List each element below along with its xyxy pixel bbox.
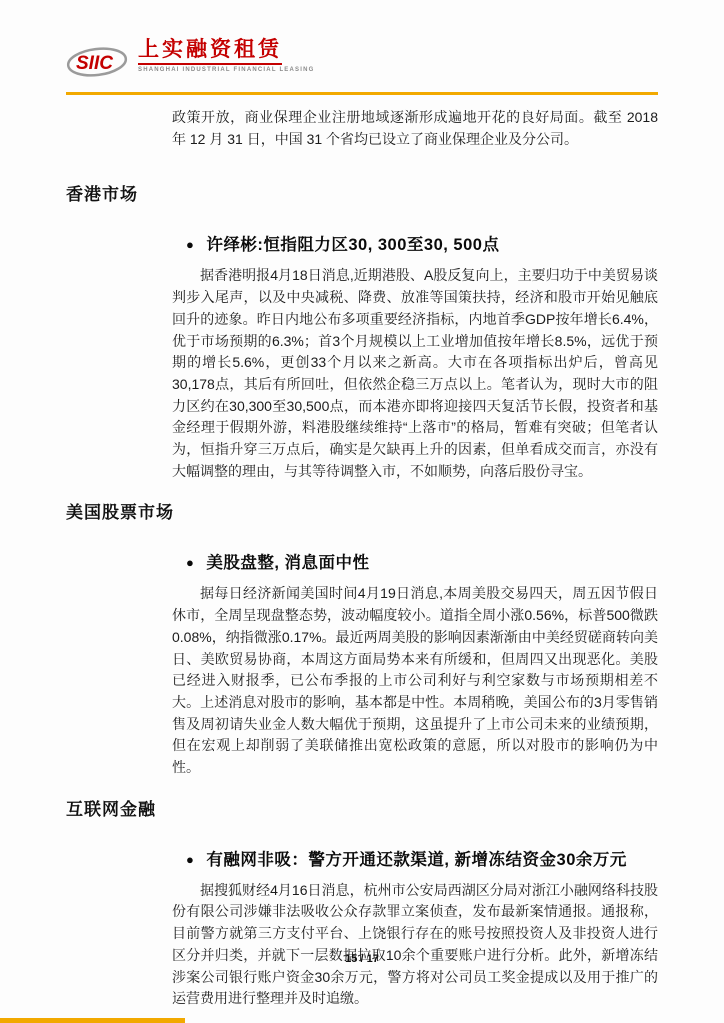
intro-paragraph: 政策开放，商业保理企业注册地域逐渐形成遍地开花的良好局面。截至 2018 年 1… (172, 107, 658, 150)
bullet-icon: ● (186, 555, 194, 570)
bullet-icon: ● (186, 237, 194, 252)
brand-text-block: 上实融资租赁 SHANGHAI INDUSTRIAL FINANCIAL LEA… (138, 38, 315, 73)
section-title-us-stocks: 美国股票市场 (66, 498, 658, 523)
bullet-icon: ● (186, 852, 194, 867)
bullet-item-us-stocks: ● 美股盘整, 消息面中性 (186, 549, 658, 573)
bullet-item-title: 有融网非吸：警方开通还款渠道, 新增冻结资金30余万元 (206, 846, 627, 870)
page-content: SIIC 上实融资租赁 SHANGHAI INDUSTRIAL FINANCIA… (66, 38, 658, 1010)
svg-text:SIIC: SIIC (76, 53, 113, 74)
document-page: SIIC 上实融资租赁 SHANGHAI INDUSTRIAL FINANCIA… (0, 0, 724, 1023)
bullet-item-title: 许绎彬:恒指阻力区30, 300至30, 500点 (206, 231, 499, 255)
company-logo: SIIC 上实融资租赁 SHANGHAI INDUSTRIAL FINANCIA… (66, 38, 658, 86)
section-title-hongkong: 香港市场 (66, 180, 658, 205)
page-number: 15 / 17 (0, 953, 724, 965)
brand-name-chinese: 上实融资租赁 (138, 38, 282, 65)
bullet-item-internet-finance: ● 有融网非吸：警方开通还款渠道, 新增冻结资金30余万元 (186, 846, 658, 870)
section-paragraph-internet-finance: 据搜狐财经4月16日消息，杭州市公安局西湖区分局对浙江小融网络科技股份有限公司涉… (172, 880, 658, 1010)
siic-logo-icon: SIIC (66, 42, 130, 86)
section-paragraph-hongkong: 据香港明报4月18日消息,近期港股、A股反复向上，主要归功于中美贸易谈判步入尾声… (172, 265, 658, 482)
section-title-internet-finance: 互联网金融 (66, 795, 658, 820)
header-accent-rule (66, 92, 658, 95)
brand-name-english: SHANGHAI INDUSTRIAL FINANCIAL LEASING (138, 67, 315, 73)
section-paragraph-us-stocks: 据每日经济新闻美国时间4月19日消息,本周美股交易四天，周五因节假日休市，全周呈… (172, 583, 658, 778)
bullet-item-title: 美股盘整, 消息面中性 (206, 549, 369, 573)
bullet-item-hongkong: ● 许绎彬:恒指阻力区30, 300至30, 500点 (186, 231, 658, 255)
footer-accent-bar (0, 1018, 185, 1023)
